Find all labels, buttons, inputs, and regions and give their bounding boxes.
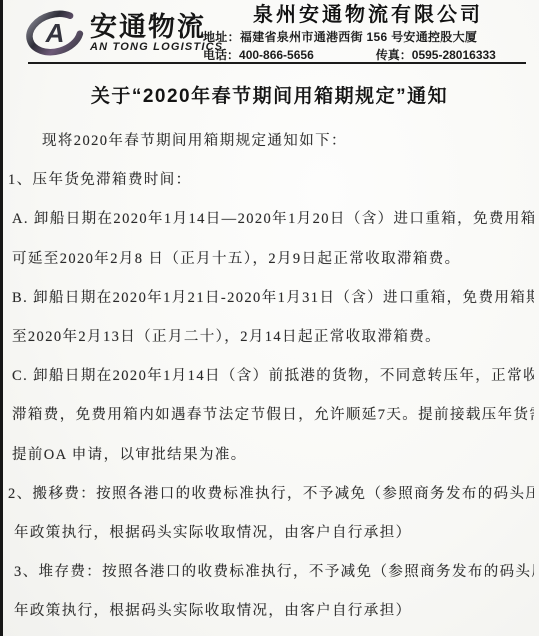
company-name: 泉州安通物流有限公司 [203, 3, 533, 27]
notice-body: 现将2020年春节期间用箱期规定通知如下： 1、压年货免滞箱费时间： A. 卸船… [8, 120, 534, 629]
body-line: 现将2020年春节期间用箱期规定通知如下： [8, 120, 534, 159]
company-info: 泉州安通物流有限公司 地址：福建省泉州市通港西街 156 号安通控股大厦 电话：… [203, 3, 533, 63]
scanned-notice-document: A 安通物流 AN TONG LOGISTICS 泉州安通物流有限公司 地址：福… [0, 0, 539, 636]
notice-title: 关于“2020年春节期间用箱期规定”通知 [0, 84, 539, 110]
body-line: 年政策执行，根据码头实际收取情况，由客户自行承担） [8, 512, 534, 551]
logo-chinese-name: 安通物流 [90, 13, 206, 41]
phone-number: 400-866-5656 [239, 48, 314, 62]
body-line: 2、搬移费：按照各港口的收费标准执行，不予减免（参照商务发布的码头压 [8, 473, 534, 512]
body-line: 滞箱费，免费用箱内如遇春节法定节假日，允许顺延7天。提前接载压年货需 [8, 394, 534, 433]
company-address: 地址：福建省泉州市通港西街 156 号安通控股大厦 [203, 30, 533, 45]
phone-label: 电话： [203, 48, 239, 62]
address-label: 地址： [203, 30, 240, 44]
address-value: 福建省泉州市通港西街 156 号安通控股大厦 [240, 30, 477, 44]
company-logo: A 安通物流 AN TONG LOGISTICS [24, 6, 223, 60]
phone-line: 电话：400-866-5656 [203, 48, 314, 63]
body-line: A. 卸船日期在2020年1月14日—2020年1月20日（含）进口重箱，免费用… [8, 198, 534, 237]
company-contacts: 电话：400-866-5656 传真：0595-28016333 [203, 48, 533, 63]
fax-label: 传真： [376, 48, 412, 62]
body-line: 提前OA 申请，以审批结果为准。 [8, 434, 534, 473]
body-line: 至2020年2月13日（正月二十），2月14日起正常收取滞箱费。 [8, 316, 534, 355]
fax-line: 传真：0595-28016333 [376, 48, 496, 63]
body-line: 可延至2020年2月8 日（正月十五），2月9日起正常收取滞箱费。 [8, 238, 534, 277]
body-line: B. 卸船日期在2020年1月21日-2020年1月31日（含）进口重箱，免费用… [8, 277, 534, 316]
body-line: 1、压年货免滞箱费时间： [8, 159, 534, 198]
svg-text:A: A [45, 18, 65, 48]
body-line: 年政策执行，根据码头实际收取情况，由客户自行承担） [8, 590, 534, 629]
antong-swirl-logo-icon: A [24, 6, 86, 60]
body-line: 3、堆存费：按照各港口的收费标准执行，不予减免（参照商务发布的码头压 [8, 551, 534, 590]
fax-number: 0595-28016333 [412, 48, 496, 62]
letterhead-divider [28, 62, 526, 64]
letterhead: A 安通物流 AN TONG LOGISTICS 泉州安通物流有限公司 地址：福… [0, 0, 539, 62]
body-line: C. 卸船日期在2020年1月14日（含）前抵港的货物，不同意转压年，正常收取 [8, 355, 534, 394]
